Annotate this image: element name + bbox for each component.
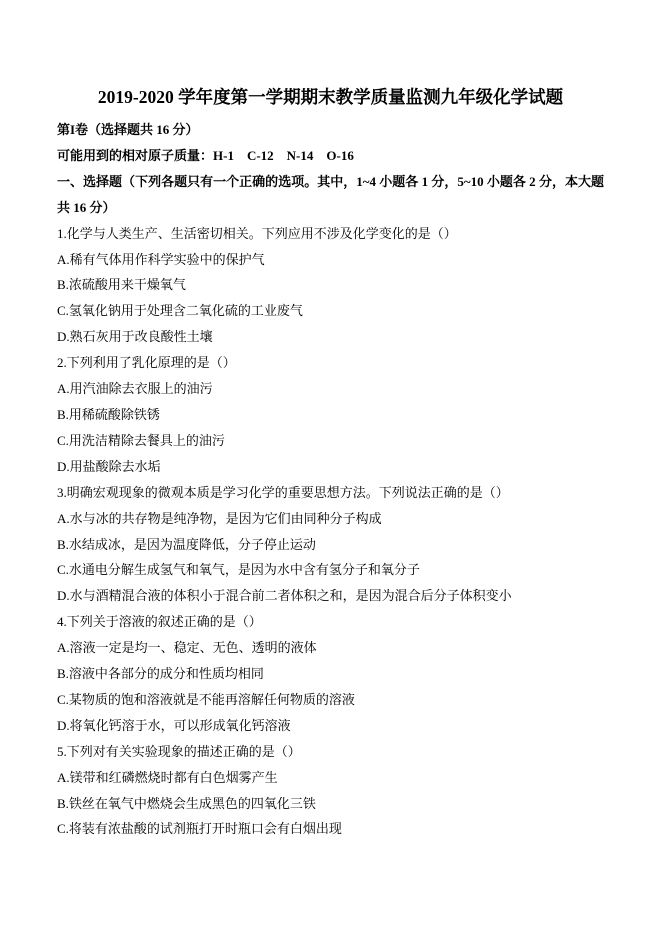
question-3-option-b: B.水结成冰，是因为温度降低，分子停止运动 bbox=[57, 532, 604, 558]
question-4-option-c: C.某物质的饱和溶液就是不能再溶解任何物质的溶液 bbox=[57, 687, 604, 713]
question-4-option-d: D.将氧化钙溶于水，可以形成氧化钙溶液 bbox=[57, 713, 604, 739]
question-5-option-a: A.镁带和红磷燃烧时都有白色烟雾产生 bbox=[57, 765, 604, 791]
exam-page: 2019-2020 学年度第一学期期末教学质量监测九年级化学试题 第I卷（选择题… bbox=[0, 0, 661, 935]
question-2-option-c: C.用洗洁精除去餐具上的油污 bbox=[57, 428, 604, 454]
question-3-option-a: A.水与冰的共存物是纯净物，是因为它们由同种分子构成 bbox=[57, 506, 604, 532]
question-1-option-c: C.氢氧化钠用于处理含二氧化硫的工业废气 bbox=[57, 298, 604, 324]
exam-title: 2019-2020 学年度第一学期期末教学质量监测九年级化学试题 bbox=[57, 85, 604, 109]
question-5-stem: 5.下列对有关实验现象的描述正确的是（） bbox=[57, 739, 604, 765]
question-4-stem: 4.下列关于溶液的叙述正确的是（） bbox=[57, 609, 604, 635]
question-3: 3.明确宏观现象的微观本质是学习化学的重要思想方法。下列说法正确的是（） A.水… bbox=[57, 480, 604, 610]
question-3-option-c: C.水通电分解生成氢气和氧气，是因为水中含有氢分子和氧分子 bbox=[57, 557, 604, 583]
question-4-option-a: A.溶液一定是均一、稳定、无色、透明的液体 bbox=[57, 635, 604, 661]
question-5-option-b: B.铁丝在氧气中燃烧会生成黑色的四氧化三铁 bbox=[57, 791, 604, 817]
question-1-stem: 1.化学与人类生产、生活密切相关。下列应用不涉及化学变化的是（） bbox=[57, 221, 604, 247]
question-5: 5.下列对有关实验现象的描述正确的是（） A.镁带和红磷燃烧时都有白色烟雾产生 … bbox=[57, 739, 604, 843]
question-4: 4.下列关于溶液的叙述正确的是（） A.溶液一定是均一、稳定、无色、透明的液体 … bbox=[57, 609, 604, 739]
question-1: 1.化学与人类生产、生活密切相关。下列应用不涉及化学变化的是（） A.稀有气体用… bbox=[57, 221, 604, 351]
question-2-option-d: D.用盐酸除去水垢 bbox=[57, 454, 604, 480]
part-header: 第I卷（选择题共 16 分） bbox=[57, 117, 604, 143]
question-2-option-b: B.用稀硫酸除铁锈 bbox=[57, 402, 604, 428]
atomic-mass-note: 可能用到的相对原子质量：H-1 C-12 N-14 O-16 bbox=[57, 143, 604, 169]
question-4-option-b: B.溶液中各部分的成分和性质均相同 bbox=[57, 661, 604, 687]
question-2: 2.下列利用了乳化原理的是（） A.用汽油除去衣服上的油污 B.用稀硫酸除铁锈 … bbox=[57, 350, 604, 480]
question-3-stem: 3.明确宏观现象的微观本质是学习化学的重要思想方法。下列说法正确的是（） bbox=[57, 480, 604, 506]
question-1-option-a: A.稀有气体用作科学实验中的保护气 bbox=[57, 247, 604, 273]
question-2-stem: 2.下列利用了乳化原理的是（） bbox=[57, 350, 604, 376]
question-5-option-c: C.将装有浓盐酸的试剂瓶打开时瓶口会有白烟出现 bbox=[57, 816, 604, 842]
section-instruction: 一、选择题（下列各题只有一个正确的选项。其中，1~4 小题各 1 分，5~10 … bbox=[57, 169, 604, 221]
question-3-option-d: D.水与酒精混合液的体积小于混合前二者体积之和，是因为混合后分子体积变小 bbox=[57, 583, 604, 609]
question-2-option-a: A.用汽油除去衣服上的油污 bbox=[57, 376, 604, 402]
question-1-option-d: D.熟石灰用于改良酸性土壤 bbox=[57, 324, 604, 350]
question-1-option-b: B.浓硫酸用来干燥氧气 bbox=[57, 272, 604, 298]
exam-body: 第I卷（选择题共 16 分） 可能用到的相对原子质量：H-1 C-12 N-14… bbox=[57, 117, 604, 842]
